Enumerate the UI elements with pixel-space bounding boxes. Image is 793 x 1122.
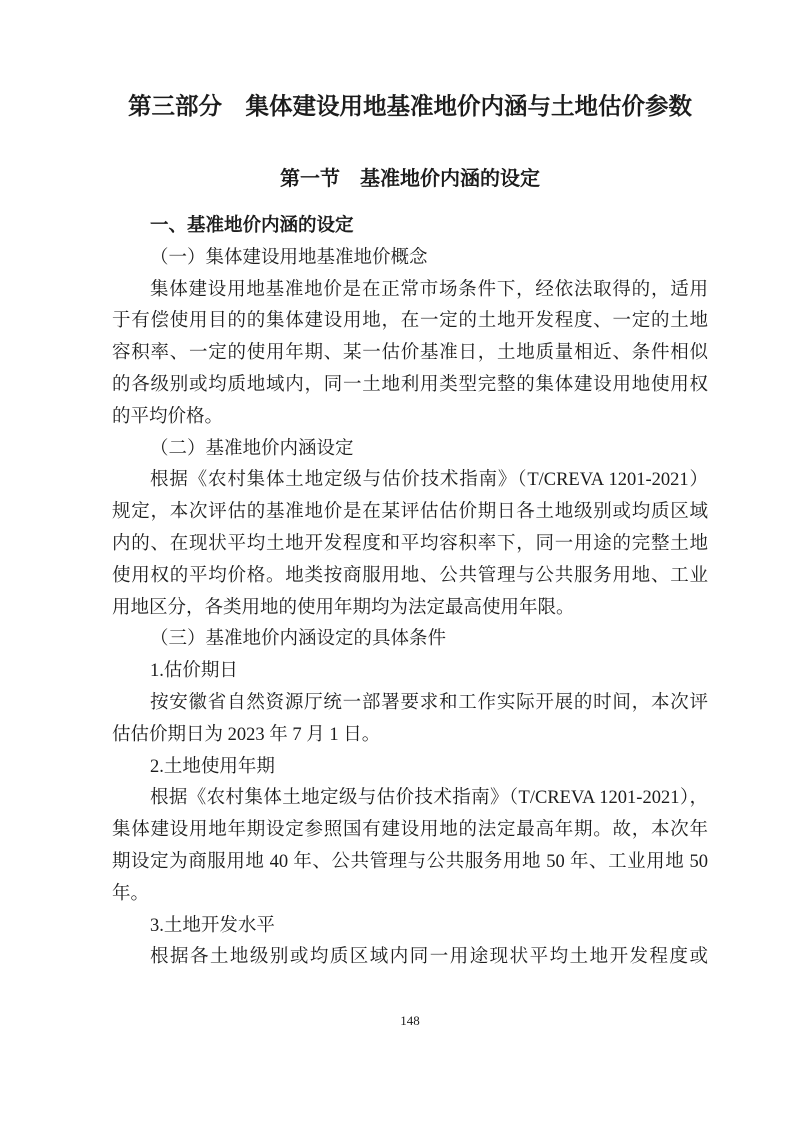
body-line: 根据各土地级别或均质区域内同一用途现状平均土地开发程度或 [112,942,708,974]
body-line: 2.土地使用年期 [112,752,708,784]
document-page: 第三部分 集体建设用地基准地价内涵与土地估价参数 第一节 基准地价内涵的设定 一… [0,0,793,1122]
body-line: （三）基准地价内涵设定的具体条件 [112,624,708,656]
document-body: 一、基准地价内涵的设定（一）集体建设用地基准地价概念集体建设用地基准地价是在正常… [112,211,708,974]
body-line: 根据《农村集体土地定级与估价技术指南》（T/CREVA 1201-2021）， [112,783,708,815]
section-heading: 第一节 基准地价内涵的设定 [112,165,708,193]
page-number: 148 [112,1012,708,1030]
body-line: 按安徽省自然资源厅统一部署要求和工作实际开展的时间，本次评 [112,688,708,720]
body-line: 年。 [112,879,708,911]
body-line: 于有偿使用目的的集体建设用地，在一定的土地开发程度、一定的土地 [112,306,708,338]
document-content: 第三部分 集体建设用地基准地价内涵与土地估价参数 第一节 基准地价内涵的设定 一… [112,0,708,974]
body-line: 的平均价格。 [112,402,708,434]
body-line: 使用权的平均价格。地类按商服用地、公共管理与公共服务用地、工业 [112,561,708,593]
body-line: 估估价期日为 2023 年 7 月 1 日。 [112,720,708,752]
body-line: 的各级别或均质地域内，同一土地利用类型完整的集体建设用地使用权 [112,370,708,402]
body-line: 内的、在现状平均土地开发程度和平均容积率下，同一用途的完整土地 [112,529,708,561]
body-line: 规定，本次评估的基准地价是在某评估估价期日各土地级别或均质区域 [112,497,708,529]
body-line: 一、基准地价内涵的设定 [112,211,708,243]
body-line: 容积率、一定的使用年期、某一估价基准日，土地质量相近、条件相似 [112,338,708,370]
document-title: 第三部分 集体建设用地基准地价内涵与土地估价参数 [112,0,708,124]
body-line: 集体建设用地年期设定参照国有建设用地的法定最高年期。故，本次年 [112,815,708,847]
body-line: 根据《农村集体土地定级与估价技术指南》（T/CREVA 1201-2021） [112,465,708,497]
body-line: 期设定为商服用地 40 年、公共管理与公共服务用地 50 年、工业用地 50 [112,847,708,879]
body-line: （二）基准地价内涵设定 [112,434,708,466]
body-line: 1.估价期日 [112,656,708,688]
body-line: 用地区分，各类用地的使用年期均为法定最高使用年限。 [112,593,708,625]
body-line: 3.土地开发水平 [112,911,708,943]
body-line: （一）集体建设用地基准地价概念 [112,243,708,275]
body-line: 集体建设用地基准地价是在正常市场条件下，经依法取得的，适用 [112,275,708,307]
